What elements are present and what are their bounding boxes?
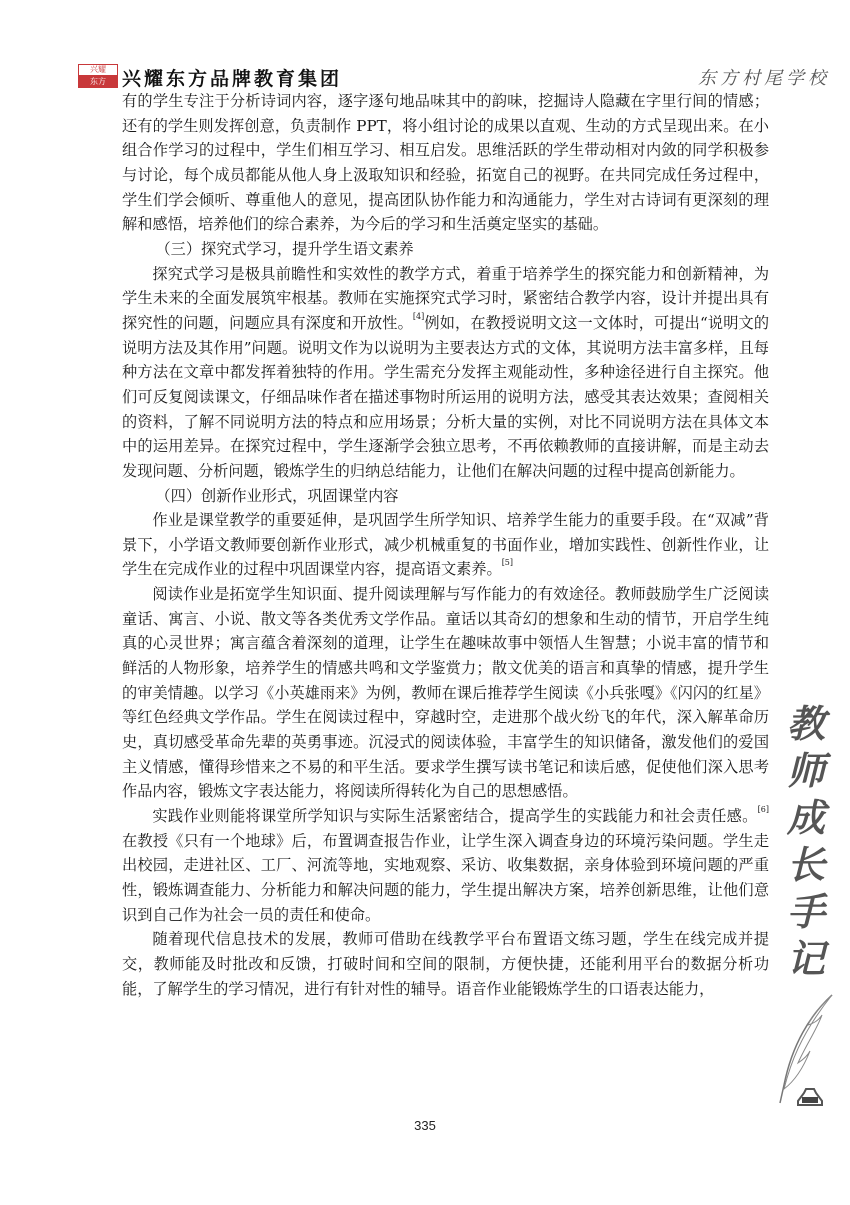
section-heading-4: （四）创新作业形式，巩固课堂内容	[122, 484, 769, 509]
paragraph-inquiry-learning: 探究式学习是极具前瞻性和实效性的教学方式，着重于培养学生的探究能力和创新精神，为…	[122, 262, 769, 484]
text: 作业是课堂教学的重要延伸，是巩固学生所学知识、培养学生能力的重要手段。在“双减”…	[122, 511, 769, 578]
text: 在教授《只有一个地球》后，布置调查报告作业，让学生深入调查身边的环境污染问题。学…	[122, 832, 769, 924]
calligraphy-char: 手	[776, 888, 836, 935]
quill-and-inkwell-icon	[770, 985, 850, 1110]
section-heading-3: （三）探究式学习，提升学生语文素养	[122, 237, 769, 262]
calligraphy-char: 长	[776, 841, 836, 888]
document-body: 有的学生专注于分析诗词内容，逐字逐句地品味其中的韵味，挖掘诗人隐藏在字里行间的情…	[122, 89, 769, 1001]
paragraph-continued: 有的学生专注于分析诗词内容，逐字逐句地品味其中的韵味，挖掘诗人隐藏在字里行间的情…	[122, 89, 769, 237]
paragraph-reading-homework: 阅读作业是拓宽学生知识面、提升阅读理解与写作能力的有效途径。教师鼓励学生广泛阅读…	[122, 582, 769, 804]
paragraph-homework-intro: 作业是课堂教学的重要延伸，是巩固学生所学知识、培养学生能力的重要手段。在“双减”…	[122, 508, 769, 582]
text: 实践作业则能将课堂所学知识与实际生活紧密结合，提高学生的实践能力和社会责任感。	[152, 807, 757, 825]
page-number: 335	[0, 1118, 850, 1133]
footnote-ref-4[interactable]: [4]	[413, 312, 424, 321]
brand-logo: 兴耀 东方	[78, 64, 118, 88]
calligraphy-char: 成	[776, 794, 836, 841]
side-calligraphy: 教 师 成 长 手 记	[776, 700, 836, 982]
paragraph-practice-homework: 实践作业则能将课堂所学知识与实际生活紧密结合，提高学生的实践能力和社会责任感。[…	[122, 804, 769, 927]
calligraphy-char: 记	[776, 935, 836, 982]
logo-bottom: 东方	[78, 76, 118, 88]
calligraphy-char: 教	[776, 700, 836, 747]
logo-top: 兴耀	[78, 64, 118, 76]
footnote-ref-6[interactable]: [6]	[758, 805, 769, 814]
paragraph-online-homework: 随着现代信息技术的发展，教师可借助在线教学平台布置语文练习题，学生在线完成并提交…	[122, 927, 769, 1001]
text: 例如，在教授说明文这一文体时，可提出“说明文的说明方法及其作用”问题。说明文作为…	[122, 314, 769, 480]
footnote-ref-5[interactable]: [5]	[502, 558, 513, 567]
school-name: 东方村尾学校	[698, 64, 830, 90]
page-header: 兴耀 东方 兴耀东方品牌教育集团 东方村尾学校	[60, 62, 840, 90]
group-name: 兴耀东方品牌教育集团	[122, 64, 342, 91]
calligraphy-char: 师	[776, 747, 836, 794]
